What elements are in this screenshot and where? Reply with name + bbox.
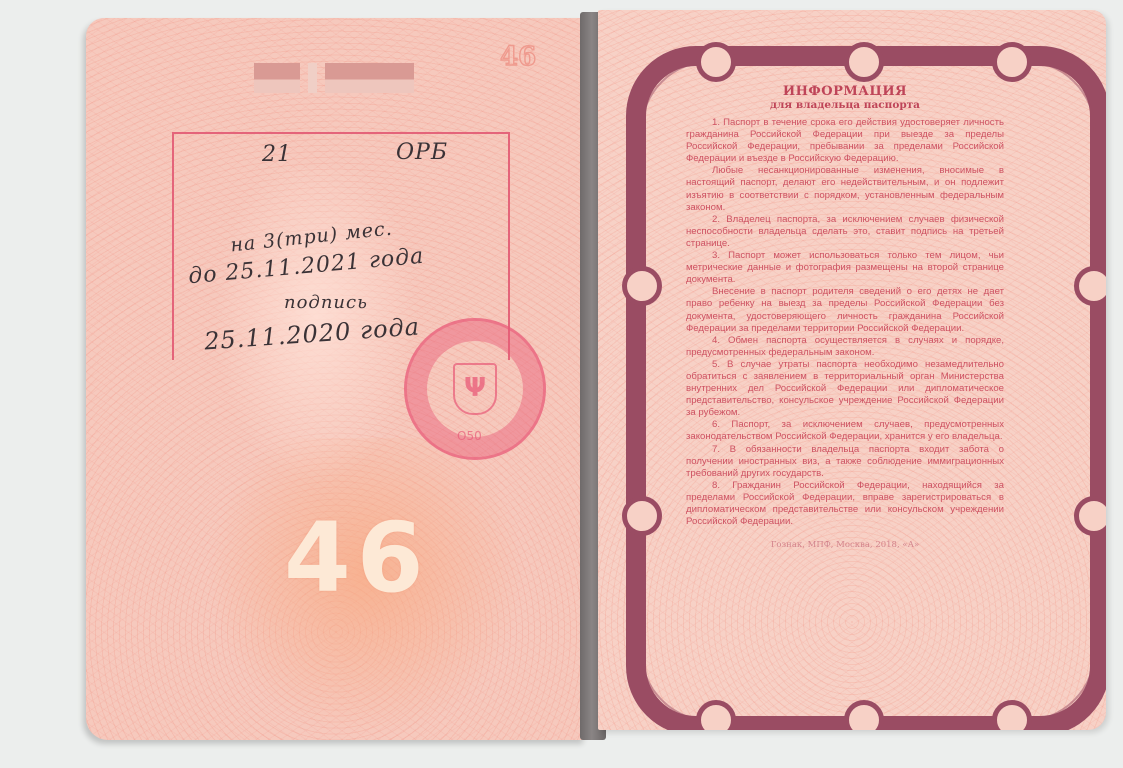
info-paragraph: 6. Паспорт, за исключением случаев, пред… [686, 419, 1004, 443]
info-paragraph: 4. Обмен паспорта осуществляется в случа… [686, 335, 1004, 359]
frame-notch [844, 42, 884, 82]
info-title: ИНФОРМАЦИЯ [686, 84, 1004, 99]
frame-notch [844, 700, 884, 730]
stamp-department: ОРБ [396, 140, 448, 165]
info-paragraph: 2. Владелец паспорта, за исключением слу… [686, 214, 1004, 250]
frame-notch [622, 496, 662, 536]
printer-imprint: Гознак, МПФ, Москва, 2018, «А» [686, 540, 1004, 550]
frame-notch [1074, 266, 1106, 306]
redacted-block [254, 63, 300, 93]
frame-notch [992, 700, 1032, 730]
right-passport-page: ИНФОРМАЦИЯ для владельца паспорта 1. Пас… [598, 10, 1106, 730]
info-paragraph: Внесение в паспорт родителя сведений о е… [686, 286, 1004, 334]
frame-notch [696, 42, 736, 82]
round-official-stamp: Ψ О50 [404, 318, 546, 460]
stamp-code: О50 [457, 429, 482, 443]
stamp-valid-until: до 25.11.2021 года [187, 244, 425, 290]
info-paragraph: Любые несанкционированные изменения, вно… [686, 165, 1004, 213]
stamp-signature: подпись [284, 292, 368, 313]
info-paragraph: 8. Гражданин Российской Федерации, наход… [686, 480, 1004, 528]
info-paragraph: 5. В случае утраты паспорта необходимо н… [686, 359, 1004, 419]
frame-notch [696, 700, 736, 730]
info-subtitle: для владельца паспорта [686, 99, 1004, 111]
stamp-issue-date: 25.11.2020 года [203, 312, 421, 355]
info-text-block: ИНФОРМАЦИЯ для владельца паспорта 1. Пас… [686, 84, 1004, 550]
info-paragraph: 1. Паспорт в течение срока его действия … [686, 117, 1004, 165]
page-number-top: 46 [500, 42, 536, 72]
stamp-number: 21 [262, 142, 292, 167]
left-passport-page: 46 21 ОРБ на 3(три) мес. до 25.11.2021 г… [86, 18, 586, 740]
info-paragraph: 7. В обязанности владельца паспорта вход… [686, 444, 1004, 480]
trident-emblem-icon: Ψ [453, 363, 497, 415]
frame-notch [1074, 496, 1106, 536]
frame-notch [992, 42, 1032, 82]
info-paragraph: 3. Паспорт может использоваться только т… [686, 250, 1004, 286]
redacted-block [325, 63, 414, 93]
redacted-field [254, 63, 414, 93]
passport-photo-scene: 46 21 ОРБ на 3(три) мес. до 25.11.2021 г… [0, 0, 1123, 768]
page-number-large: 46 [284, 502, 430, 614]
frame-notch [622, 266, 662, 306]
redacted-block [308, 63, 316, 93]
